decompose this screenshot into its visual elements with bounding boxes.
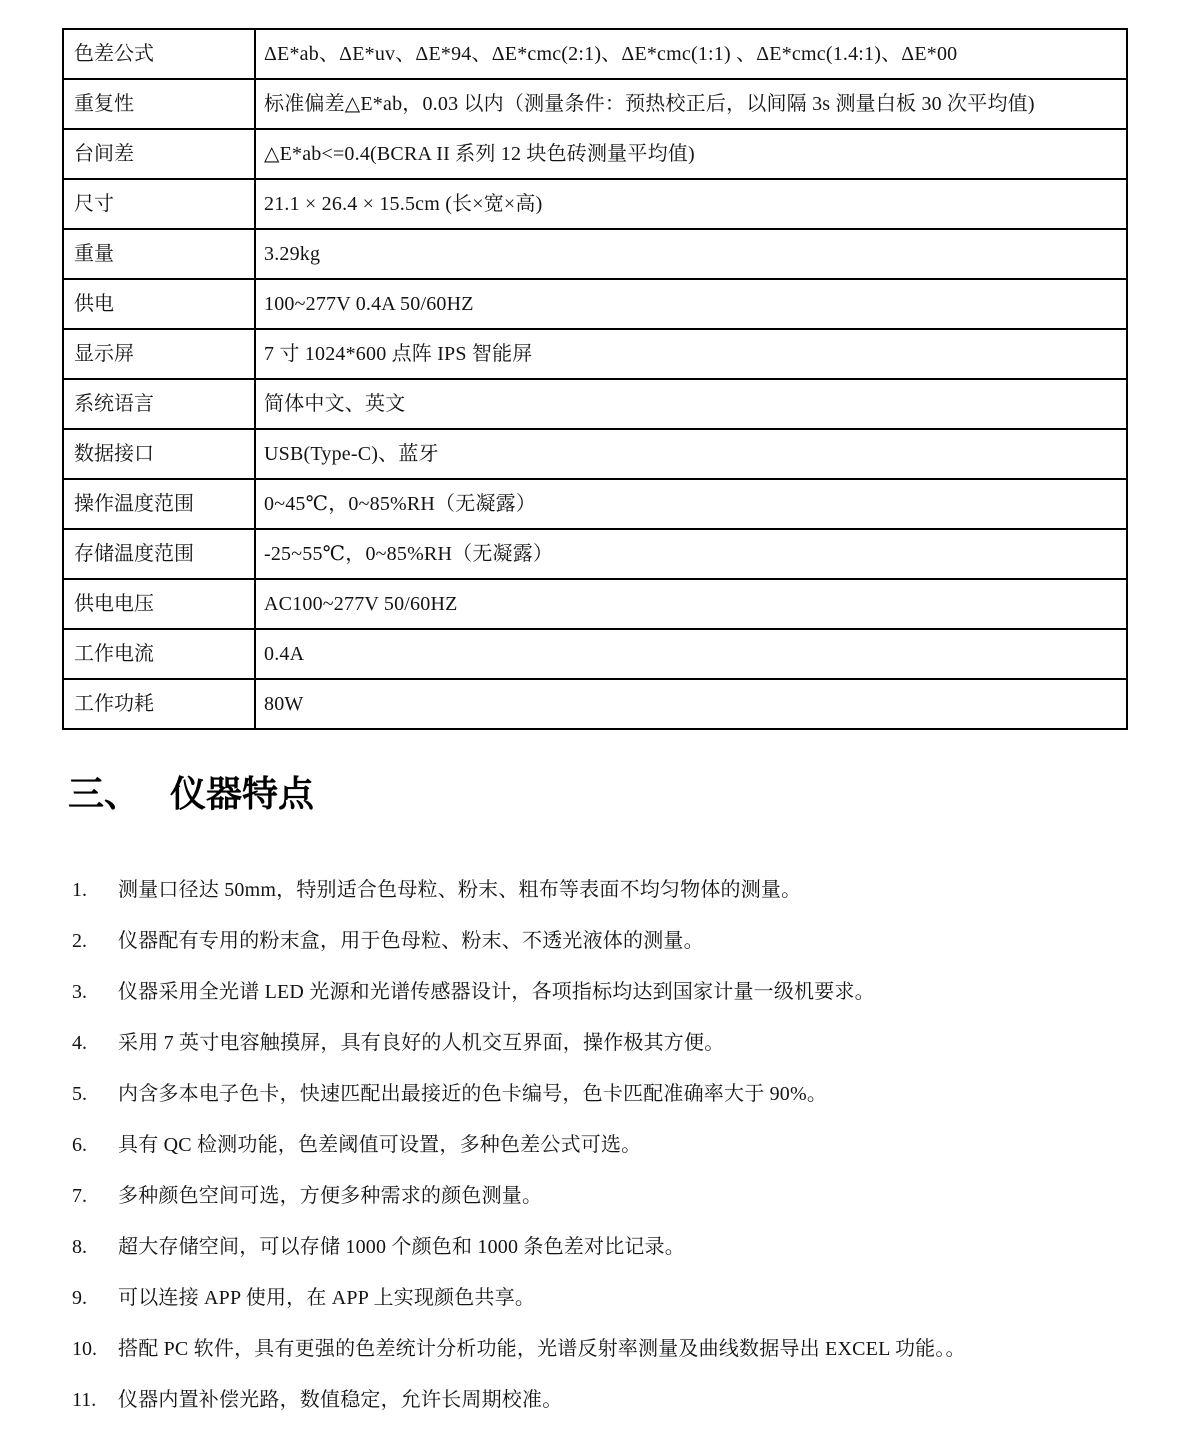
spec-value-cell: 标准偏差△E*ab，0.03 以内（测量条件：预热校正后，以间隔 3s 测量白板… [255,79,1127,129]
list-item-number: 2. [72,929,118,953]
spec-value-cell: 0.4A [255,629,1127,679]
list-item: 5. 内含多本电子色卡，快速匹配出最接近的色卡编号，色卡匹配准确率大于 90%。 [72,1082,1130,1106]
list-item-text: 测量口径达 50mm，特别适合色母粒、粉末、粗布等表面不均匀物体的测量。 [118,878,1130,902]
spec-value-cell: ΔE*ab、ΔE*uv、ΔE*94、ΔE*cmc(2:1)、ΔE*cmc(1:1… [255,29,1127,79]
spec-label-cell: 供电电压 [63,579,255,629]
list-item-number: 11. [72,1388,118,1412]
spec-row: 供电电压 AC100~277V 50/60HZ [63,579,1127,629]
spec-row: 工作电流 0.4A [63,629,1127,679]
spec-value-cell: 0~45℃，0~85%RH（无凝露） [255,479,1127,529]
spec-label-cell: 重量 [63,229,255,279]
spec-label-cell: 操作温度范围 [63,479,255,529]
spec-row: 存储温度范围 -25~55℃，0~85%RH（无凝露） [63,529,1127,579]
spec-row: 显示屏 7 寸 1024*600 点阵 IPS 智能屏 [63,329,1127,379]
list-item-number: 10. [72,1337,118,1361]
spec-label-cell: 色差公式 [63,29,255,79]
spec-row: 台间差 △E*ab<=0.4(BCRA II 系列 12 块色砖测量平均值) [63,129,1127,179]
list-item-number: 3. [72,980,118,1004]
list-item-number: 9. [72,1286,118,1310]
spec-label-cell: 存储温度范围 [63,529,255,579]
spec-value-cell: 简体中文、英文 [255,379,1127,429]
spec-value-cell: USB(Type-C)、蓝牙 [255,429,1127,479]
list-item-text: 多种颜色空间可选，方便多种需求的颜色测量。 [118,1184,1130,1208]
list-item-text: 搭配 PC 软件，具有更强的色差统计分析功能，光谱反射率测量及曲线数据导出 EX… [118,1337,1130,1361]
list-item-text: 内含多本电子色卡，快速匹配出最接近的色卡编号，色卡匹配准确率大于 90%。 [118,1082,1130,1106]
spec-row: 重复性 标准偏差△E*ab，0.03 以内（测量条件：预热校正后，以间隔 3s … [63,79,1127,129]
list-item-text: 可以连接 APP 使用，在 APP 上实现颜色共享。 [118,1286,1130,1310]
section-heading: 三、 仪器特点 [68,774,1130,814]
spec-label-cell: 重复性 [63,79,255,129]
list-item-number: 8. [72,1235,118,1259]
spec-value-cell: -25~55℃，0~85%RH（无凝露） [255,529,1127,579]
list-item: 7. 多种颜色空间可选，方便多种需求的颜色测量。 [72,1184,1130,1208]
list-item-number: 5. [72,1082,118,1106]
section-heading-number: 三、 [68,774,140,814]
list-item: 9. 可以连接 APP 使用，在 APP 上实现颜色共享。 [72,1286,1130,1310]
spec-value-cell: 3.29kg [255,229,1127,279]
spec-label-cell: 工作电流 [63,629,255,679]
spec-label-cell: 工作功耗 [63,679,255,729]
spec-label-cell: 显示屏 [63,329,255,379]
list-item: 6. 具有 QC 检测功能，色差阈值可设置，多种色差公式可选。 [72,1133,1130,1157]
spec-table-body: 色差公式 ΔE*ab、ΔE*uv、ΔE*94、ΔE*cmc(2:1)、ΔE*cm… [63,29,1127,729]
list-item: 11. 仪器内置补偿光路，数值稳定，允许长周期校准。 [72,1388,1130,1412]
list-item: 10. 搭配 PC 软件，具有更强的色差统计分析功能，光谱反射率测量及曲线数据导… [72,1337,1130,1361]
spec-value-cell: AC100~277V 50/60HZ [255,579,1127,629]
section-heading-title: 仪器特点 [170,774,314,814]
spec-table: 色差公式 ΔE*ab、ΔE*uv、ΔE*94、ΔE*cmc(2:1)、ΔE*cm… [62,28,1128,730]
spec-row: 尺寸 21.1 × 26.4 × 15.5cm (长×宽×高) [63,179,1127,229]
spec-row: 供电 100~277V 0.4A 50/60HZ [63,279,1127,329]
spec-row: 色差公式 ΔE*ab、ΔE*uv、ΔE*94、ΔE*cmc(2:1)、ΔE*cm… [63,29,1127,79]
list-item-text: 仪器采用全光谱 LED 光源和光谱传感器设计，各项指标均达到国家计量一级机要求。 [118,980,1130,1004]
spec-row: 重量 3.29kg [63,229,1127,279]
list-item-number: 6. [72,1133,118,1157]
spec-label-cell: 供电 [63,279,255,329]
spec-value-cell: 7 寸 1024*600 点阵 IPS 智能屏 [255,329,1127,379]
list-item: 3. 仪器采用全光谱 LED 光源和光谱传感器设计，各项指标均达到国家计量一级机… [72,980,1130,1004]
list-item: 2. 仪器配有专用的粉末盒，用于色母粒、粉末、不透光液体的测量。 [72,929,1130,953]
list-item: 8. 超大存储空间，可以存储 1000 个颜色和 1000 条色差对比记录。 [72,1235,1130,1259]
spec-label-cell: 数据接口 [63,429,255,479]
list-item-number: 4. [72,1031,118,1055]
list-item-text: 仪器配有专用的粉末盒，用于色母粒、粉末、不透光液体的测量。 [118,929,1130,953]
list-item-text: 仪器内置补偿光路，数值稳定，允许长周期校准。 [118,1388,1130,1412]
spec-value-cell: △E*ab<=0.4(BCRA II 系列 12 块色砖测量平均值) [255,129,1127,179]
spec-row: 数据接口 USB(Type-C)、蓝牙 [63,429,1127,479]
spec-row: 工作功耗 80W [63,679,1127,729]
spec-label-cell: 尺寸 [63,179,255,229]
list-item-text: 采用 7 英寸电容触摸屏，具有良好的人机交互界面，操作极其方便。 [118,1031,1130,1055]
list-item-number: 7. [72,1184,118,1208]
list-item: 4. 采用 7 英寸电容触摸屏，具有良好的人机交互界面，操作极其方便。 [72,1031,1130,1055]
spec-value-cell: 100~277V 0.4A 50/60HZ [255,279,1127,329]
spec-value-cell: 21.1 × 26.4 × 15.5cm (长×宽×高) [255,179,1127,229]
document-page: 色差公式 ΔE*ab、ΔE*uv、ΔE*94、ΔE*cmc(2:1)、ΔE*cm… [0,0,1198,1446]
list-item-number: 1. [72,878,118,902]
feature-list: 1. 测量口径达 50mm，特别适合色母粒、粉末、粗布等表面不均匀物体的测量。 … [62,878,1130,1412]
list-item-text: 超大存储空间，可以存储 1000 个颜色和 1000 条色差对比记录。 [118,1235,1130,1259]
list-item: 1. 测量口径达 50mm，特别适合色母粒、粉末、粗布等表面不均匀物体的测量。 [72,878,1130,902]
spec-row: 操作温度范围 0~45℃，0~85%RH（无凝露） [63,479,1127,529]
spec-label-cell: 台间差 [63,129,255,179]
spec-row: 系统语言 简体中文、英文 [63,379,1127,429]
list-item-text: 具有 QC 检测功能，色差阈值可设置，多种色差公式可选。 [118,1133,1130,1157]
spec-label-cell: 系统语言 [63,379,255,429]
spec-value-cell: 80W [255,679,1127,729]
